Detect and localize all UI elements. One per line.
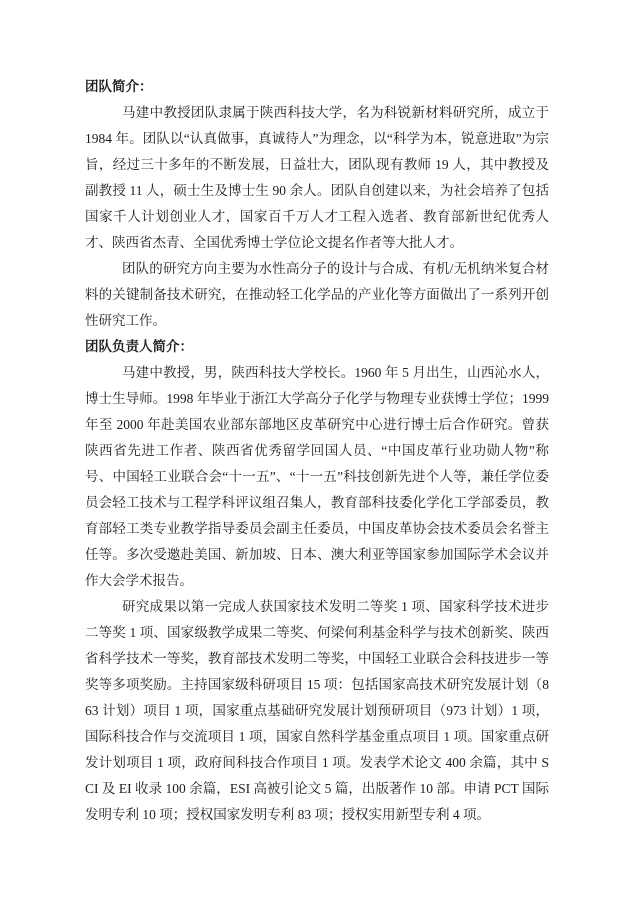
section-heading-leader-intro: 团队负责人简介：	[85, 334, 549, 360]
section-heading-team-intro: 团队简介：	[85, 74, 549, 100]
paragraph-leader-bio: 马建中教授，男，陕西科技大学校长。1960 年 5 月出生，山西沁水人，博士生导…	[85, 360, 549, 594]
paragraph-leader-achievements: 研究成果以第一完成人获国家技术发明二等奖 1 项、国家科学技术进步二等奖 1 项…	[85, 594, 549, 828]
paragraph-research-direction: 团队的研究方向主要为水性高分子的设计与合成、有机/无机纳米复合材料的关键制备技术…	[85, 256, 549, 334]
document-content: 团队简介： 马建中教授团队隶属于陕西科技大学，名为科锐新材料研究所，成立于 19…	[85, 74, 549, 828]
document-page: 团队简介： 马建中教授团队隶属于陕西科技大学，名为科锐新材料研究所，成立于 19…	[0, 0, 637, 900]
paragraph-team-overview: 马建中教授团队隶属于陕西科技大学，名为科锐新材料研究所，成立于 1984 年。团…	[85, 100, 549, 256]
